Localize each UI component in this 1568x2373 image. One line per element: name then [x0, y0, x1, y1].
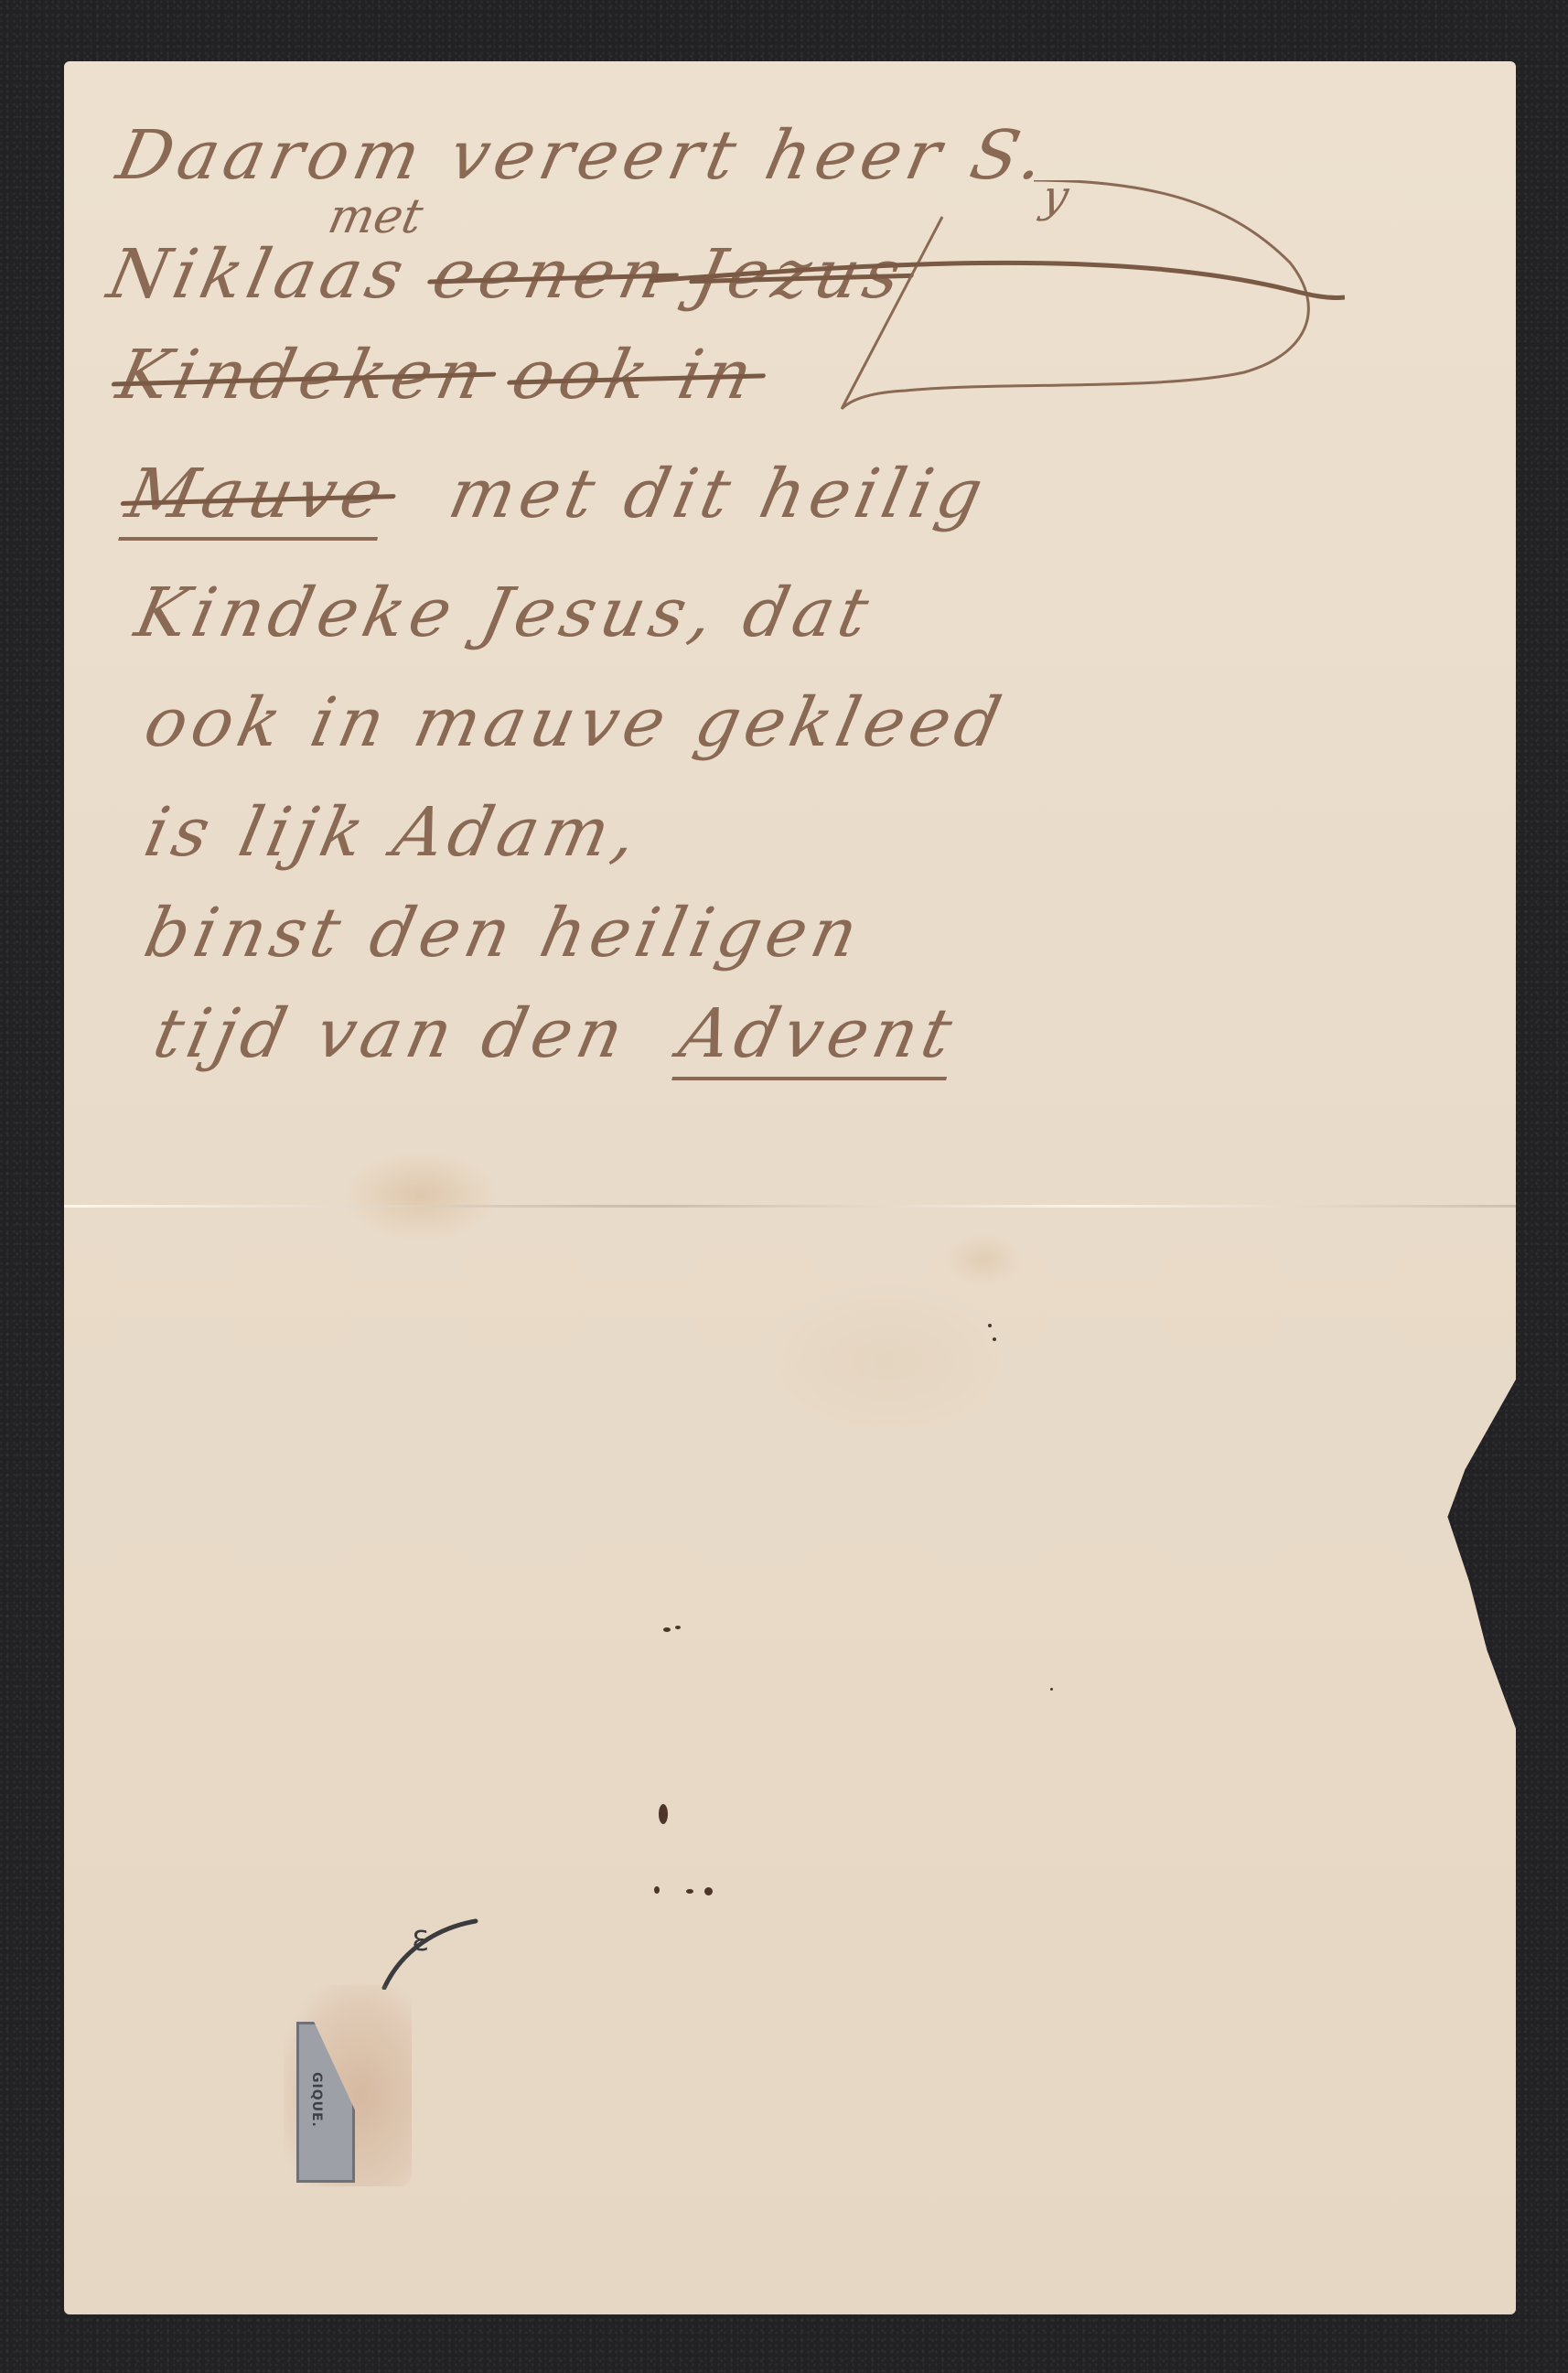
text-line-6: ook in mauve gekleed	[138, 683, 1013, 762]
text-line-8: binst den heiligen	[138, 894, 870, 972]
ink-speck	[654, 1886, 660, 1894]
line-4-text: met dit heilig	[443, 455, 995, 533]
handwritten-text: Daarom vereert heer S. met Niklaas eenen…	[64, 61, 1516, 2314]
line-7-text: is lijk Adam,	[138, 793, 650, 872]
ink-blot	[659, 1804, 668, 1824]
line-6-text: ook in mauve gekleed	[138, 683, 1013, 762]
line-5-text: Kindeke Jesus, dat	[129, 574, 881, 652]
struck-word-kindeken: Kindeken	[111, 336, 495, 414]
ink-speck	[993, 1337, 996, 1341]
line-8-text: binst den heiligen	[138, 894, 870, 972]
postmark-number: 3	[412, 1926, 429, 1958]
text-line-9: tijd van den Advent	[147, 994, 964, 1073]
ink-speck	[988, 1324, 992, 1327]
letter-page: Daarom vereert heer S. met Niklaas eenen…	[64, 61, 1516, 2314]
ink-speck	[686, 1889, 693, 1894]
ink-speck	[663, 1627, 671, 1632]
postage-stamp-fragment: GIQUE.	[284, 1985, 412, 2186]
text-line-4: Mauve met dit heilig	[120, 455, 994, 533]
ink-speck	[675, 1626, 681, 1629]
underlined-word-advent: Advent	[671, 994, 964, 1080]
struck-word-mauve: Mauve	[118, 455, 395, 541]
line-2-prefix: Niklaas	[102, 235, 415, 314]
struck-word-eenen: eenen	[426, 235, 678, 314]
line-9-text: tijd van den	[147, 994, 635, 1073]
text-line-7: is lijk Adam,	[138, 793, 650, 872]
ink-speck	[704, 1887, 713, 1895]
ink-speck	[1050, 1688, 1053, 1691]
postmark-arc	[366, 1917, 494, 1990]
text-line-3: Kindeken ook in	[111, 336, 765, 414]
text-line-5: Kindeke Jesus, dat	[129, 574, 881, 652]
struck-words-ook-in: ook in	[505, 336, 764, 414]
stamp-label: GIQUE.	[309, 2072, 324, 2128]
